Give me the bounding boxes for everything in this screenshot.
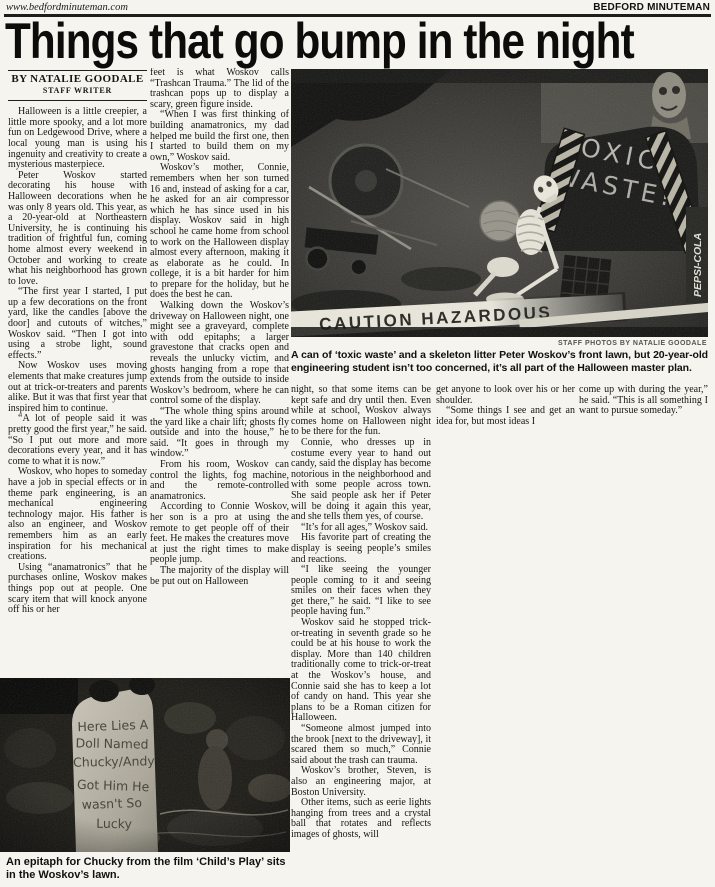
- paragraph: Other items, such as eerie lights hangin…: [291, 798, 431, 840]
- article-column-2: feet is what Woskov calls “Trashcan Trau…: [150, 68, 289, 670]
- paragraph: “A lot of people said it was pretty good…: [8, 414, 147, 467]
- article-column-1: BY NATALIE GOODALE STAFF WRITER Hallowee…: [8, 70, 147, 666]
- paragraph: Woskov said he stopped trick-or-treating…: [291, 618, 431, 724]
- paragraph: night, so that some items can be kept sa…: [291, 385, 431, 438]
- paragraph: Peter Woskov started decorating his hous…: [8, 171, 147, 288]
- tombstone-illustration: Here Lies A Doll Named Chucky/Andy Got H…: [0, 678, 290, 852]
- paragraph: Connie, who dresses up in costume every …: [291, 438, 431, 523]
- paragraph: According to Connie Woskov, her son is a…: [150, 502, 289, 566]
- film-grain: [291, 69, 708, 337]
- byline: BY NATALIE GOODALE STAFF WRITER: [8, 70, 147, 101]
- paragraph: get anyone to look over his or her shoul…: [436, 385, 575, 406]
- headline: Things that go bump in the night: [5, 13, 634, 71]
- paragraph: Woskov’s mother, Connie, remembers when …: [150, 163, 289, 301]
- article-column-3: night, so that some items can be kept sa…: [291, 385, 431, 884]
- paragraph: The majority of the display will be put …: [150, 566, 289, 587]
- masthead: www.bedfordminuteman.com BEDFORD MINUTEM…: [6, 2, 710, 13]
- paragraph: From his room, Woskov can control the li…: [150, 460, 289, 502]
- main-photo-caption: A can of ‘toxic waste’ and a skeleton li…: [291, 349, 708, 374]
- main-photo: TOXIC WASTE! PEPSI-COLA: [291, 69, 708, 337]
- site-url: www.bedfordminuteman.com: [6, 2, 128, 13]
- paragraph: come up with during the year,” he said. …: [579, 385, 708, 417]
- paper-name: BEDFORD MINUTEMAN: [593, 2, 710, 13]
- photo-credit: STAFF PHOTOS BY NATALIE GOODALE: [291, 340, 707, 347]
- paragraph: His favorite part of creating the displa…: [291, 533, 431, 565]
- article-column-4: get anyone to look over his or her shoul…: [436, 385, 575, 555]
- article-column-5: come up with during the year,” he said. …: [579, 385, 708, 555]
- paragraph: Woskov’s brother, Steven, is also an eng…: [291, 766, 431, 798]
- paragraph: Walking down the Woskov’s driveway on Ha…: [150, 301, 289, 407]
- paragraph: “Someone almost jumped into the brook [n…: [291, 724, 431, 766]
- paragraph: Woskov, who hopes to someday have a job …: [8, 467, 147, 562]
- paragraph: “Some things I see and get an idea for, …: [436, 406, 575, 427]
- paragraph: Using “anamatronics” that he purchases o…: [8, 563, 147, 616]
- paragraph: “When I was first thinking of building a…: [150, 110, 289, 163]
- paragraph: “The first year I started, I put up a fe…: [8, 287, 147, 361]
- paragraph: “I like seeing the younger people coming…: [291, 565, 431, 618]
- byline-author: BY NATALIE GOODALE: [8, 74, 147, 85]
- paragraph: Halloween is a little creepier, a little…: [8, 107, 147, 171]
- main-photo-illustration: TOXIC WASTE! PEPSI-COLA: [291, 69, 708, 337]
- newspaper-page: www.bedfordminuteman.com BEDFORD MINUTEM…: [0, 0, 715, 887]
- byline-role: STAFF WRITER: [8, 86, 147, 97]
- paragraph: Now Woskov uses moving elements that mak…: [8, 361, 147, 414]
- tombstone-caption: An epitaph for Chucky from the film ‘Chi…: [6, 856, 290, 882]
- paragraph: feet is what Woskov calls “Trashcan Trau…: [150, 68, 289, 110]
- film-grain: [0, 678, 290, 852]
- paragraph: “The whole thing spins around the yard l…: [150, 407, 289, 460]
- tombstone-photo: Here Lies A Doll Named Chucky/Andy Got H…: [0, 678, 290, 852]
